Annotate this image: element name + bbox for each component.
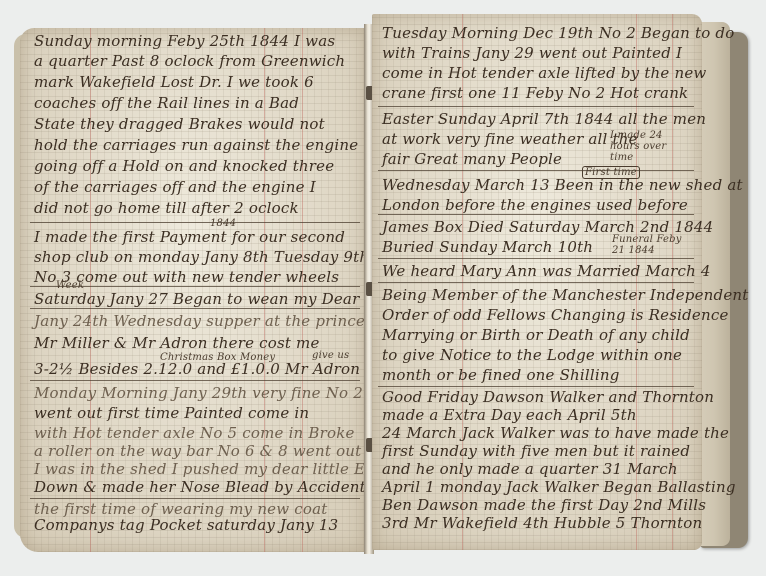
diary-line: April 1 monday Jack Walker Began Ballast… xyxy=(382,478,736,496)
diary-line: of the carriages off and the engine I xyxy=(34,178,316,196)
entry-divider xyxy=(378,106,694,107)
diary-line: I made the first Payment for our second xyxy=(34,228,345,246)
diary-line: Marrying or Birth or Death of any child xyxy=(382,326,690,344)
diary-line: crane first one 11 Feby No 2 Hot crank xyxy=(382,84,688,102)
diary-line: Jany 24th Wednesday supper at the prince xyxy=(34,312,365,330)
diary-line: a roller on the way bar No 6 & 8 went ou… xyxy=(34,442,361,460)
margin-annotation: I made 24 hours over time xyxy=(610,130,690,163)
entry-divider xyxy=(378,386,694,387)
right-page: Tuesday Morning Dec 19th No 2 Began to d… xyxy=(372,14,702,550)
diary-line: shop club on monday Jany 8th Tuesday 9th xyxy=(34,248,369,266)
diary-line: going off a Hold on and knocked three xyxy=(34,157,334,175)
diary-line: did not go home till after 2 oclock xyxy=(34,199,299,217)
entry-divider xyxy=(378,282,694,283)
diary-line: 3rd Mr Wakefield 4th Hubble 5 Thornton xyxy=(382,514,702,532)
margin-annotation: Funeral Feby 21 1844 xyxy=(612,234,692,256)
diary-line: Order of odd Fellows Changing is Residen… xyxy=(382,306,729,324)
open-notebook: Sunday morning Feby 25th 1844 I was a qu… xyxy=(0,0,766,576)
diary-line: with Trains Jany 29 went out Painted I xyxy=(382,44,682,62)
diary-line: at work very fine weather all the xyxy=(382,130,638,148)
diary-line: Wednesday March 13 Been in the new shed … xyxy=(382,176,743,194)
diary-line: come in Hot tender axle lifted by the ne… xyxy=(382,64,706,82)
diary-line: with Hot tender axle No 5 come in Broke xyxy=(34,424,355,442)
diary-line: We heard Mary Ann was Married March 4 xyxy=(382,262,711,280)
entry-divider xyxy=(378,258,694,259)
entry-divider xyxy=(378,214,694,215)
diary-line: Being Member of the Manchester Independe… xyxy=(382,286,749,304)
diary-line: fair Great many People xyxy=(382,150,562,168)
diary-line: State they dragged Brakes would not xyxy=(34,115,325,133)
diary-line: London before the engines used before xyxy=(382,196,688,214)
entry-divider xyxy=(30,222,360,223)
diary-line: month or be fined one Shilling xyxy=(382,366,620,384)
diary-line: Monday Morning Jany 29th very fine No 2 xyxy=(34,384,363,402)
diary-line: mark Wakefield Lost Dr. I we took 6 xyxy=(34,73,314,91)
diary-line: 24 March Jack Walker was to have made th… xyxy=(382,424,729,442)
diary-line: Tuesday Morning Dec 19th No 2 Began to d… xyxy=(382,24,734,42)
diary-line: Easter Sunday April 7th 1844 all the men xyxy=(382,110,706,128)
diary-line: went out first time Painted come in xyxy=(34,404,309,422)
diary-line: Saturday Jany 27 Began to wean my Dear E… xyxy=(34,290,414,308)
diary-line: and he only made a quarter 31 March xyxy=(382,460,678,478)
entry-divider xyxy=(30,498,360,499)
diary-line: Good Friday Dawson Walker and Thornton xyxy=(382,388,714,406)
diary-line: 3-2½ Besides 2.12.0 and £1.0.0 Mr Adron xyxy=(34,360,360,378)
entry-divider xyxy=(30,308,360,309)
diary-line: coaches off the Rail lines in a Bad xyxy=(34,94,299,112)
diary-line: Buried Sunday March 10th xyxy=(382,238,593,256)
entry-divider xyxy=(30,380,360,381)
diary-line: Mr Miller & Mr Adron there cost me xyxy=(34,334,320,352)
diary-line: hold the carriages run against the engin… xyxy=(34,136,358,154)
diary-line: Sunday morning Feby 25th 1844 I was xyxy=(34,32,335,50)
diary-line: to give Notice to the Lodge within one xyxy=(382,346,682,364)
diary-line: Ben Dawson made the first Day 2nd Mills xyxy=(382,496,706,514)
diary-line: made a Extra Day each April 5th xyxy=(382,406,637,424)
diary-line: first Sunday with five men but it rained xyxy=(382,442,690,460)
diary-line: a quarter Past 8 oclock from Greenwich xyxy=(34,52,345,70)
entry-divider xyxy=(378,170,694,171)
diary-line: Companys tag Pocket saturday Jany 13 xyxy=(34,516,338,534)
diary-line: Down & made her Nose Blead by Accident xyxy=(34,478,366,496)
diary-line: I was in the shed I pushed my dear littl… xyxy=(34,460,403,478)
left-page: Sunday morning Feby 25th 1844 I was a qu… xyxy=(20,28,366,552)
